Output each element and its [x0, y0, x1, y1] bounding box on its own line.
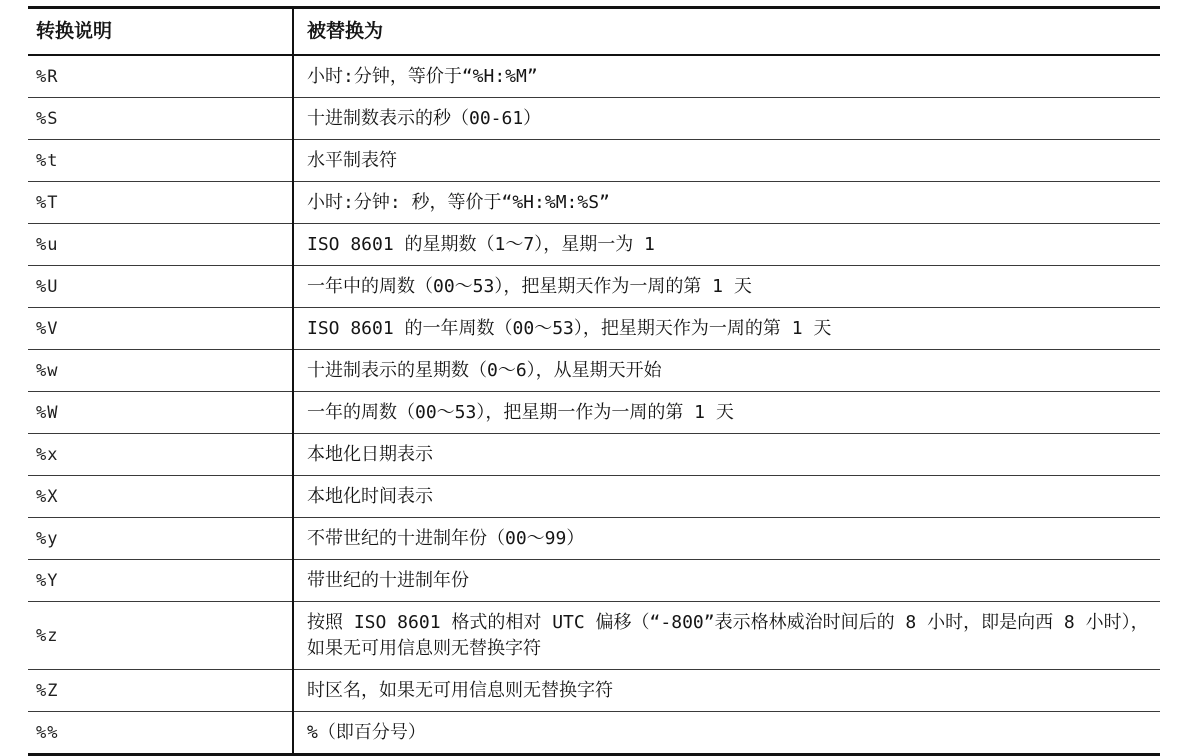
book-page: 转换说明 被替换为 %R 小时:分钟，等价于“%H:%M” %S 十进制数表示的…: [0, 0, 1186, 756]
table-row: %w 十进制表示的星期数（0～6），从星期天开始: [28, 350, 1160, 392]
table-row: %% %（即百分号）: [28, 712, 1160, 755]
replacement-description: 不带世纪的十进制年份（00～99）: [293, 518, 1160, 560]
conversion-code: %X: [28, 476, 293, 518]
conversion-code: %T: [28, 182, 293, 224]
replacement-description: 十进制表示的星期数（0～6），从星期天开始: [293, 350, 1160, 392]
replacement-description: 带世纪的十进制年份: [293, 560, 1160, 602]
conversion-code: %Z: [28, 670, 293, 712]
conversion-code: %R: [28, 55, 293, 98]
column-header-replaced-by: 被替换为: [293, 8, 1160, 56]
replacement-description: 小时:分钟: 秒，等价于“%H:%M:%S”: [293, 182, 1160, 224]
strftime-specifier-table: 转换说明 被替换为 %R 小时:分钟，等价于“%H:%M” %S 十进制数表示的…: [28, 6, 1160, 756]
table-row: %x 本地化日期表示: [28, 434, 1160, 476]
conversion-code: %y: [28, 518, 293, 560]
table-body: %R 小时:分钟，等价于“%H:%M” %S 十进制数表示的秒（00-61） %…: [28, 55, 1160, 755]
conversion-code: %V: [28, 308, 293, 350]
table-header: 转换说明 被替换为: [28, 8, 1160, 56]
table-row: %W 一年的周数（00～53），把星期一作为一周的第 1 天: [28, 392, 1160, 434]
conversion-code: %Y: [28, 560, 293, 602]
table-row: %z 按照 ISO 8601 格式的相对 UTC 偏移（“-800”表示格林威治…: [28, 602, 1160, 670]
replacement-description: ISO 8601 的一年周数（00～53），把星期天作为一周的第 1 天: [293, 308, 1160, 350]
table-row: %Z 时区名，如果无可用信息则无替换字符: [28, 670, 1160, 712]
table-row: %V ISO 8601 的一年周数（00～53），把星期天作为一周的第 1 天: [28, 308, 1160, 350]
conversion-code: %S: [28, 98, 293, 140]
replacement-description: 本地化日期表示: [293, 434, 1160, 476]
conversion-code: %w: [28, 350, 293, 392]
replacement-description: 时区名，如果无可用信息则无替换字符: [293, 670, 1160, 712]
conversion-code: %t: [28, 140, 293, 182]
replacement-description: %（即百分号）: [293, 712, 1160, 755]
table-container: 转换说明 被替换为 %R 小时:分钟，等价于“%H:%M” %S 十进制数表示的…: [28, 6, 1160, 756]
conversion-code: %u: [28, 224, 293, 266]
conversion-code: %x: [28, 434, 293, 476]
replacement-description: 本地化时间表示: [293, 476, 1160, 518]
replacement-description: 一年的周数（00～53），把星期一作为一周的第 1 天: [293, 392, 1160, 434]
table-row: %U 一年中的周数（00～53），把星期天作为一周的第 1 天: [28, 266, 1160, 308]
header-row: 转换说明 被替换为: [28, 8, 1160, 56]
table-row: %X 本地化时间表示: [28, 476, 1160, 518]
conversion-code: %W: [28, 392, 293, 434]
table-row: %S 十进制数表示的秒（00-61）: [28, 98, 1160, 140]
table-row: %T 小时:分钟: 秒，等价于“%H:%M:%S”: [28, 182, 1160, 224]
column-header-conversion-spec: 转换说明: [28, 8, 293, 56]
replacement-description: 一年中的周数（00～53），把星期天作为一周的第 1 天: [293, 266, 1160, 308]
replacement-description: ISO 8601 的星期数（1～7），星期一为 1: [293, 224, 1160, 266]
replacement-description: 按照 ISO 8601 格式的相对 UTC 偏移（“-800”表示格林威治时间后…: [293, 602, 1160, 670]
conversion-code: %U: [28, 266, 293, 308]
table-row: %t 水平制表符: [28, 140, 1160, 182]
conversion-code: %z: [28, 602, 293, 670]
table-row: %y 不带世纪的十进制年份（00～99）: [28, 518, 1160, 560]
table-row: %Y 带世纪的十进制年份: [28, 560, 1160, 602]
replacement-description: 小时:分钟，等价于“%H:%M”: [293, 55, 1160, 98]
table-row: %R 小时:分钟，等价于“%H:%M”: [28, 55, 1160, 98]
replacement-description: 十进制数表示的秒（00-61）: [293, 98, 1160, 140]
table-row: %u ISO 8601 的星期数（1～7），星期一为 1: [28, 224, 1160, 266]
conversion-code: %%: [28, 712, 293, 755]
replacement-description: 水平制表符: [293, 140, 1160, 182]
